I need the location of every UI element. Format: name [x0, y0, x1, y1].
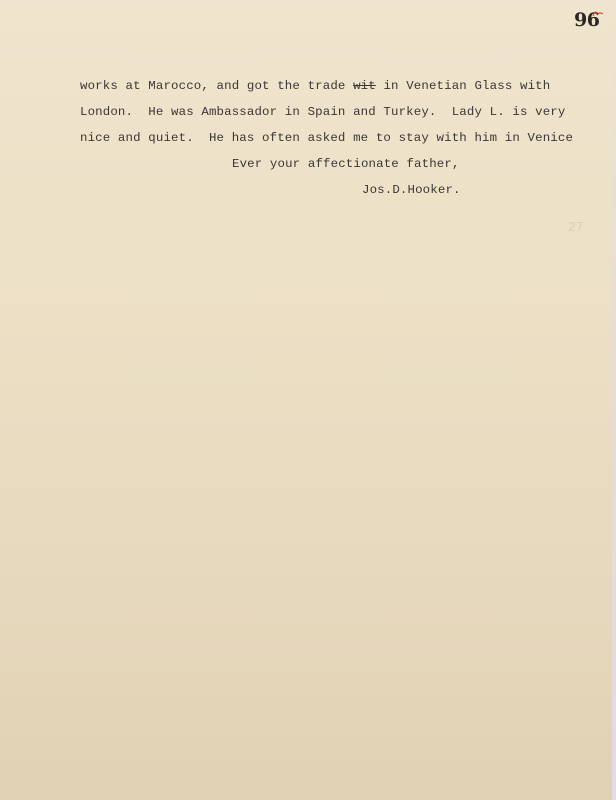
signature: Jos.D.Hooker.	[362, 183, 461, 197]
document-page: 96 works at Marocco, and got the trade w…	[0, 0, 616, 800]
body-line-3: nice and quiet. He has often asked me to…	[80, 131, 573, 145]
red-pencil-mark-icon	[592, 10, 604, 18]
body-line-2: London. He was Ambassador in Spain and T…	[80, 105, 565, 119]
struck-out-word: wit	[353, 79, 376, 93]
line-1-text-end: in Venetian Glass with	[376, 79, 550, 93]
line-1-text-start: works at Marocco, and got the trade	[80, 79, 353, 93]
faint-pencil-mark: 27	[568, 220, 583, 234]
paper-edge	[612, 0, 616, 800]
closing-line: Ever your affectionate father,	[232, 157, 460, 171]
body-line-1: works at Marocco, and got the trade wit …	[80, 79, 550, 93]
